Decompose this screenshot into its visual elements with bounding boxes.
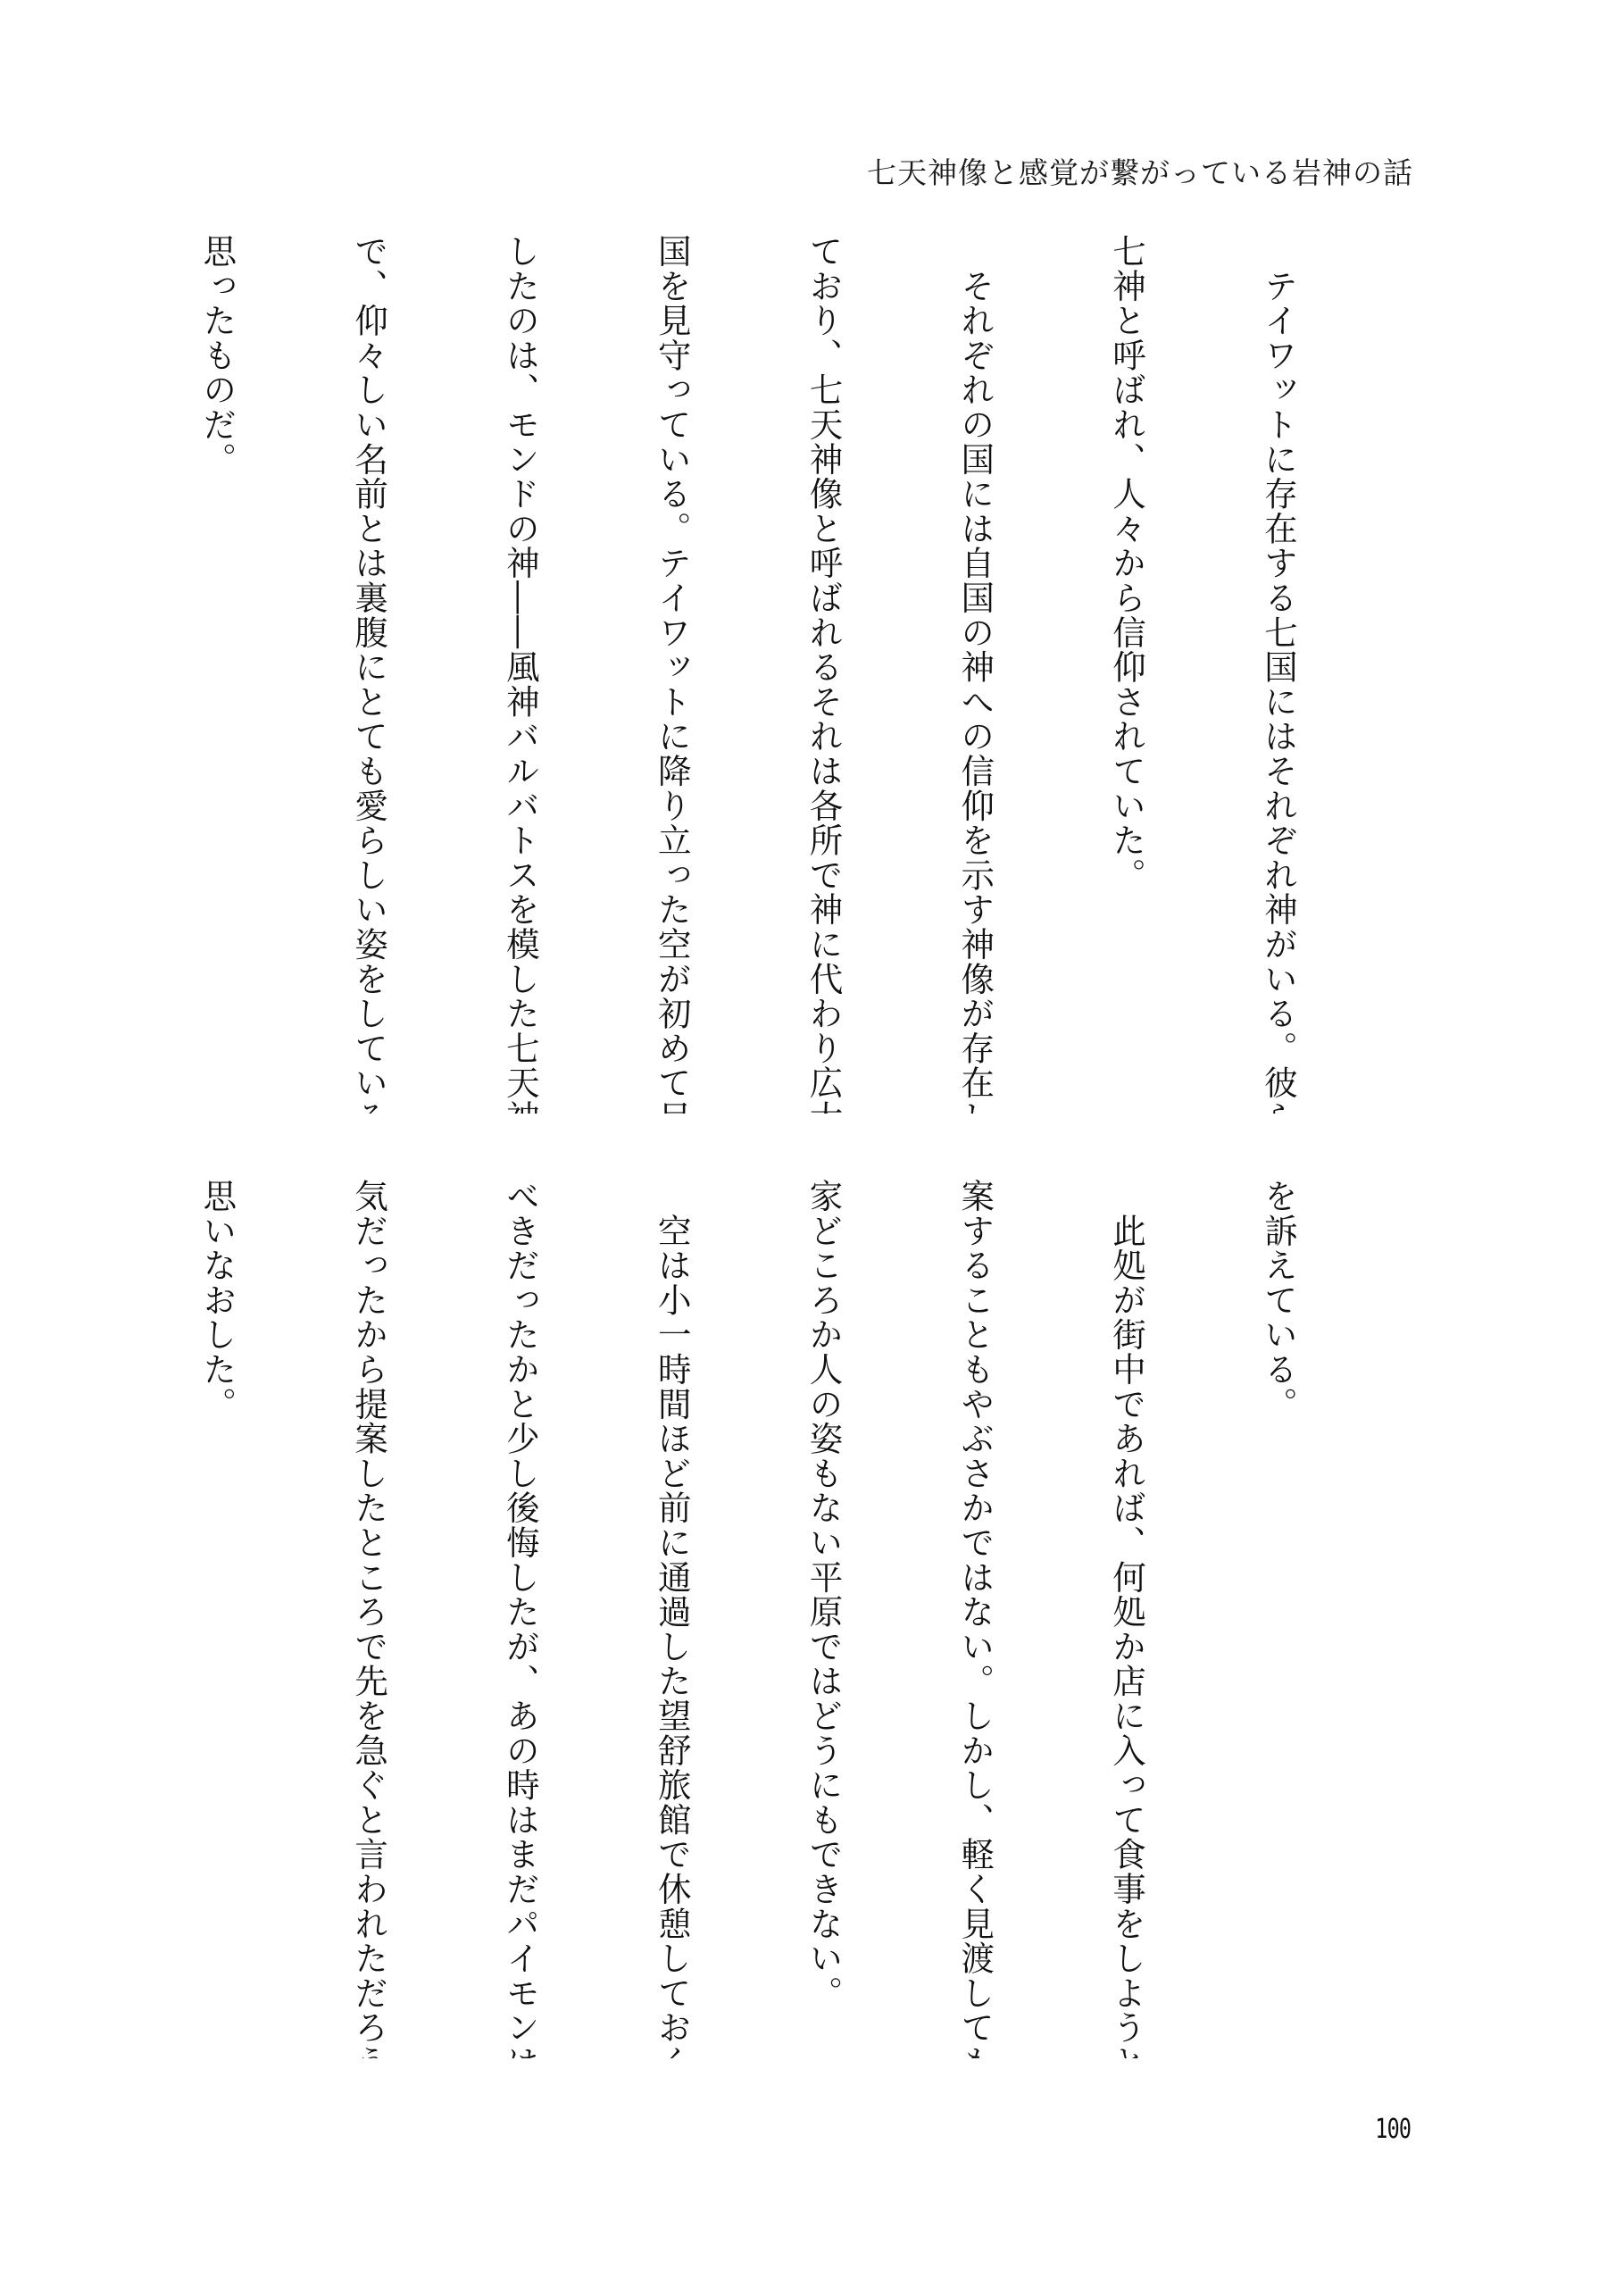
text-column: したのは、モンドの神――風神バルバトスを模した七天神像: [495, 234, 545, 1114]
text-column: 思ったものだ。: [192, 234, 243, 1114]
text-column: 此処が街中であれば、何処か店に入って食事をしようと提: [1101, 1179, 1152, 2058]
text-column: ており、七天神像と呼ばれるそれは各所で神に代わり広大な: [798, 234, 849, 1114]
text-column: 国を見守っている。テイワットに降り立った空が初めて目に: [646, 234, 697, 1114]
text-column: 七神と呼ばれ、人々から信仰されていた。: [1101, 234, 1152, 1114]
text-column: べきだったかと少し後悔したが、あの時はまだパイモンは元: [495, 1179, 545, 2058]
book-page: 七天神像と感覚が繋がっている岩神の話 テイワットに存在する七国にはそれぞれ神がい…: [0, 0, 1624, 2278]
text-column: 気だったから提案したところで先を急ぐと言われただろうと: [344, 1179, 395, 2058]
text-column: を訴えている。: [1253, 1179, 1303, 2058]
text-column: で、仰々しい名前とは裏腹にとても愛らしい姿をしていると: [344, 234, 395, 1114]
running-header-title: 七天神像と感覚が繋がっている岩神の話: [867, 150, 1413, 192]
text-column: 案することもやぶさかではない。しかし、軽く見渡しても民: [950, 1179, 1001, 2058]
text-column: 家どころか人の姿もない平原ではどうにもできない。: [798, 1179, 849, 2058]
text-column: テイワットに存在する七国にはそれぞれ神がいる。彼らは: [1253, 234, 1303, 1114]
page-number: 100: [1375, 2114, 1411, 2145]
text-column: それぞれの国には自国の神への信仰を示す神像が存在し: [950, 234, 1001, 1114]
text-column: 空は小一時間ほど前に通過した望舒旅館で休憩しておく: [646, 1179, 697, 2058]
lower-text-block: を訴えている。 此処が街中であれば、何処か店に入って食事をしようと提 案すること…: [190, 1179, 1404, 2058]
text-column: 思いなおした。: [192, 1179, 243, 2058]
upper-text-block: テイワットに存在する七国にはそれぞれ神がいる。彼らは 七神と呼ばれ、人々から信仰…: [190, 234, 1404, 1114]
